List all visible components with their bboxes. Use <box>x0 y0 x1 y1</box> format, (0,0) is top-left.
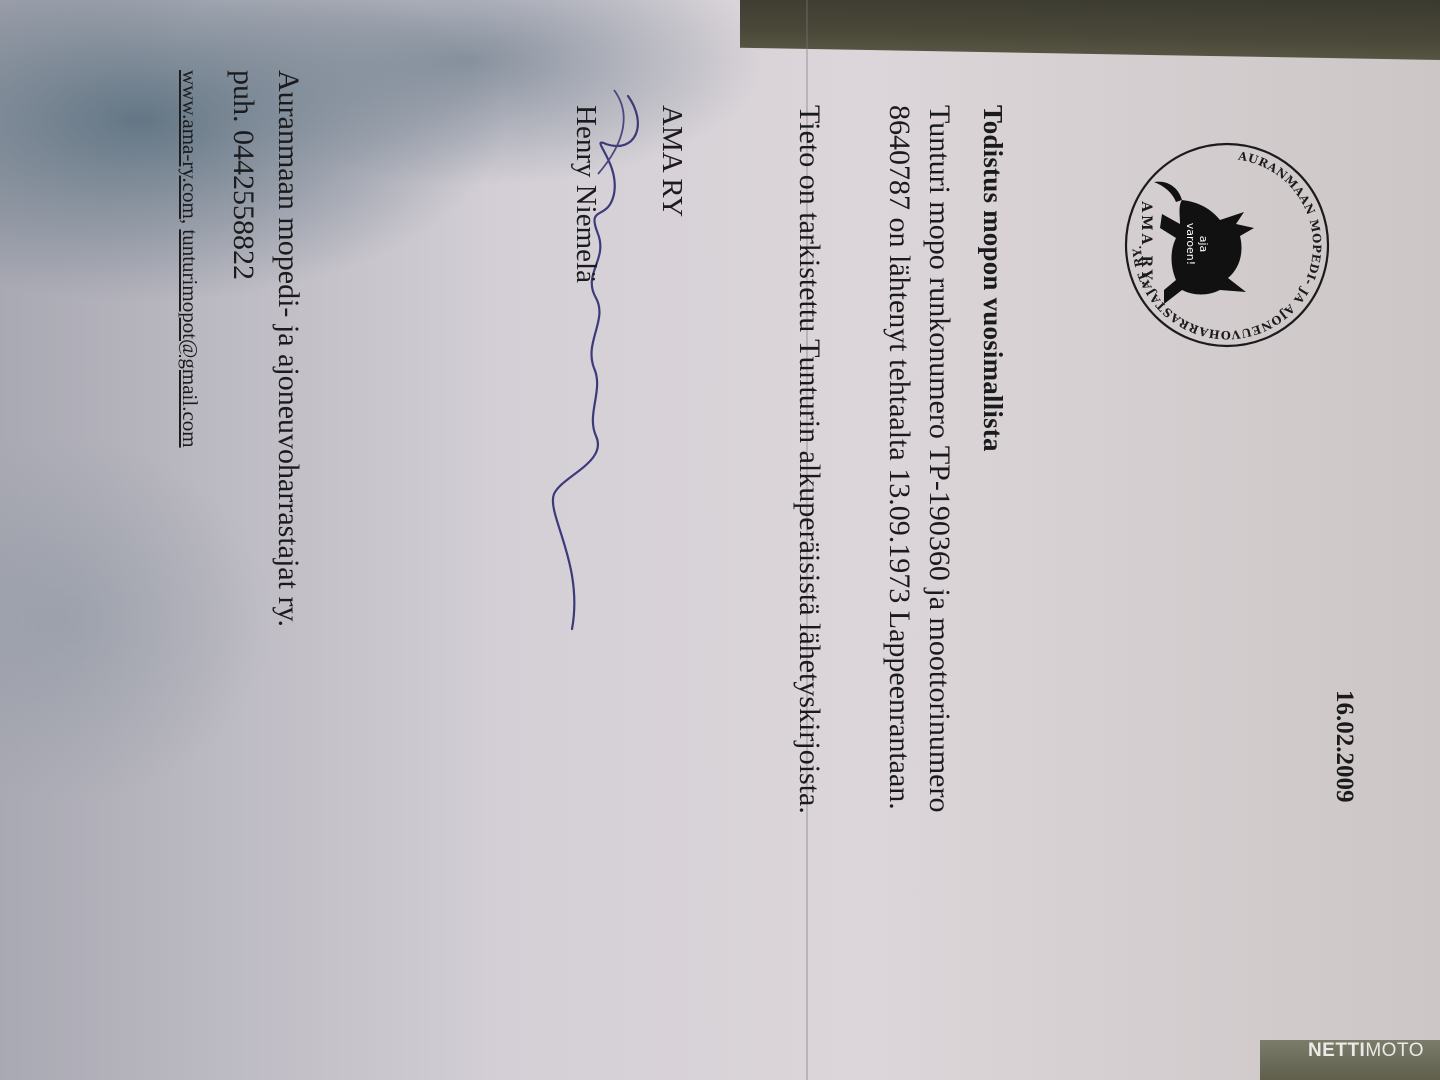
footer-phone: puh. 0442558822 <box>226 70 260 280</box>
body-line-verification: Tieto on tarkistettu Tunturin alkuperäis… <box>792 105 826 814</box>
seal-badge-line-1: aja <box>1197 236 1210 253</box>
document-date: 16.02.2009 <box>1330 690 1358 803</box>
document-photo: AURANMAAN MOPEDI- JA AJONEUVOHARRASTAJAT… <box>0 0 1440 1080</box>
email-link[interactable]: tunturimopot@gmail.com <box>178 229 202 447</box>
signatory-organization: AMA RY <box>655 105 688 217</box>
body-line-frame-number: Tunturi mopo runkonumero TP-190360 ja mo… <box>922 105 956 812</box>
seal-badge-line-2: varoen! <box>1184 223 1197 265</box>
watermark-bold: NETTI <box>1308 1040 1365 1061</box>
footer-contact-links: www.ama-ry.com, tunturimopot@gmail.com <box>177 70 202 448</box>
document-title: Todistus mopon vuosimallista <box>977 105 1008 452</box>
body-line-factory-date: 8640787 on lähtenyt tehtaalta 13.09.1973… <box>882 105 916 810</box>
watermark-light: MOTO <box>1365 1040 1424 1061</box>
footer-organization: Auranmaan mopedi- ja ajoneuvoharrastajat… <box>271 70 305 627</box>
seal-center-text: AMA RY. <box>1138 200 1154 288</box>
certificate-page: AURANMAAN MOPEDI- JA AJONEUVOHARRASTAJAT… <box>0 0 1440 1080</box>
link-separator: , <box>178 219 202 224</box>
nettimoto-watermark: NETTIMOTO <box>1308 1040 1424 1062</box>
website-link[interactable]: www.ama-ry.com <box>178 70 202 219</box>
club-seal-stamp: AURANMAAN MOPEDI- JA AJONEUVOHARRASTAJAT… <box>1122 140 1332 350</box>
signatory-name: Henry Niemelä <box>569 105 602 283</box>
